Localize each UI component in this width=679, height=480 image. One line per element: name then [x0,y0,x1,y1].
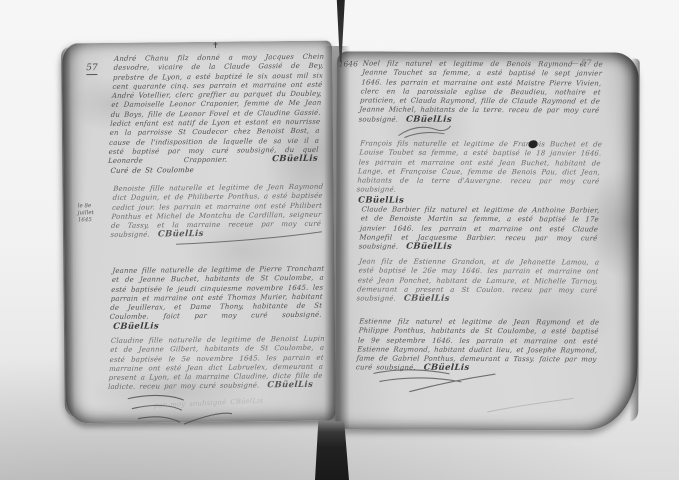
margin-note: le 8e juillet 1645 [78,203,110,224]
priest-signature: CBüelLis [406,242,453,252]
priest-signature: CBüelLis [358,187,404,206]
left-page-edge [61,47,75,416]
baptism-entry: Claude Barbier filz naturel et legitime … [358,205,599,253]
priest-signature: CBüelLis [267,380,314,390]
folio-number-left: 57 [86,63,98,75]
bleed-through-scratch [485,396,575,416]
entry-text: Jeanne fille naturelle de legitime de Pi… [109,265,324,322]
entry-text: Noel filz naturel et legitime de Benois … [358,59,603,123]
cross-mark: ✝ [212,41,219,50]
entry-text: André Chanu filz donné a moy Jacques Che… [108,53,325,166]
entry-text: François fils naturelle et legitime de F… [356,139,602,194]
register-scan: 57 ✝ André Chanu filz donné a moy Jacque… [0,0,679,480]
signature-flourish [124,390,234,431]
gutter-shadow [324,46,350,428]
right-page-edge [629,59,640,422]
priest-signature: CBüelLis [113,321,160,331]
signature-title: Curé de St Coulombe [110,166,194,175]
entry-text: Claude Barbier filz naturel et legitime … [358,205,599,250]
entry-text: Jean filz de Estienne Grandon, et de Jeh… [356,257,599,302]
signature-flourish [369,363,499,394]
baptism-entry: Claudine fille naturelle de legitime de … [108,335,325,393]
baptism-entry: Noel filz naturel et legitime de Benois … [358,59,603,125]
left-page: 57 ✝ André Chanu filz donné a moy Jacque… [62,41,336,424]
signature-flourish [174,229,324,247]
baptism-entry: André Chanu filz donné a moy Jacques Che… [107,53,324,176]
signature-text: CBüelLis [358,195,404,205]
baptism-entry: Jeanne fille naturelle de legitime de Pi… [109,265,325,332]
priest-signature: CBüelLis [272,154,319,164]
right-page: 1646 — 57 Noel filz naturel et legitime … [335,51,639,430]
priest-signature: CBüelLis [403,294,450,304]
book-spine [315,420,349,480]
signature-flourish [396,122,452,140]
margin-note-line: 1645 [78,217,110,224]
baptism-entry: Jean filz de Estienne Grandon, et de Jeh… [356,257,599,305]
